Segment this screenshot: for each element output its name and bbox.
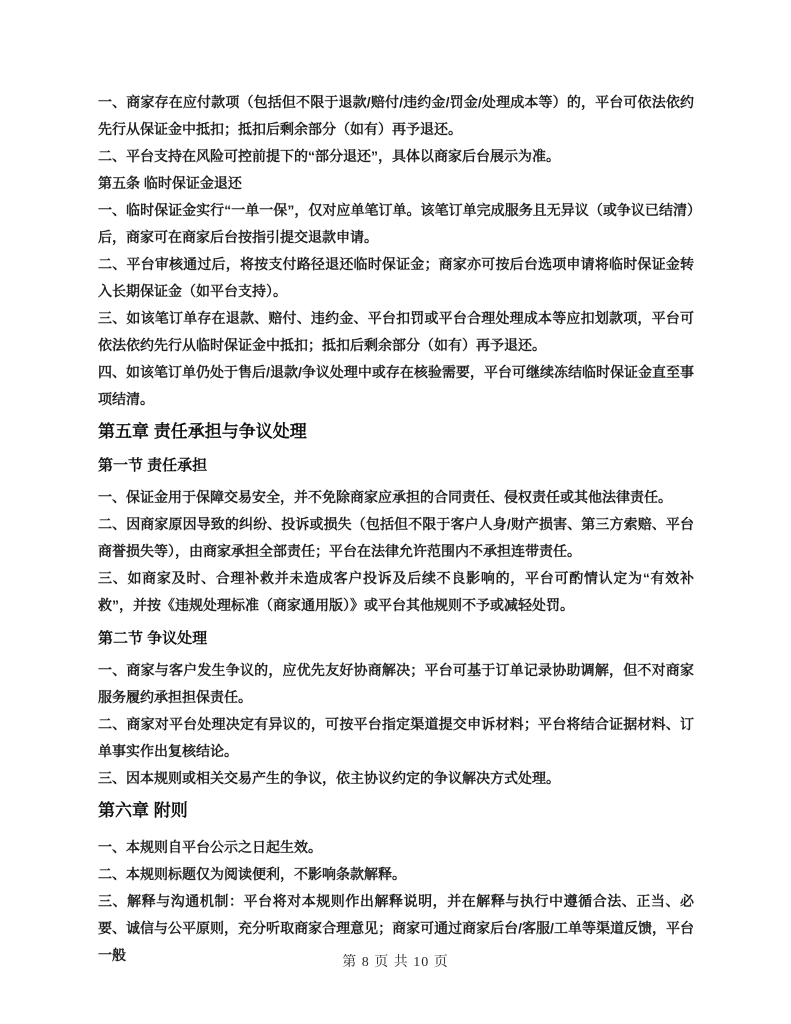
section-heading: 第一节 责任承担 bbox=[98, 455, 694, 477]
paragraph: 二、因商家原因导致的纠纷、投诉或损失（包括但不限于客户人身/财产损害、第三方索赔… bbox=[98, 511, 694, 565]
paragraph: 三、如商家及时、合理补救并未造成客户投诉及后续不良影响的，平台可酌情认定为“有效… bbox=[98, 565, 694, 619]
paragraph: 四、如该笔订单仍处于售后/退款/争议处理中或存在核验需要，平台可继续冻结临时保证… bbox=[98, 359, 694, 413]
document-content: 一、商家存在应付款项（包括但不限于退款/赔付/违约金/罚金/处理成本等）的，平台… bbox=[98, 89, 694, 969]
paragraph: 二、平台支持在风险可控前提下的“部分退还”，具体以商家后台展示为准。 bbox=[98, 143, 694, 170]
chapter-heading: 第六章 附则 bbox=[98, 798, 694, 824]
paragraph: 一、商家存在应付款项（包括但不限于退款/赔付/违约金/罚金/处理成本等）的，平台… bbox=[98, 89, 694, 143]
paragraph: 一、保证金用于保障交易安全，并不免除商家应承担的合同责任、侵权责任或其他法律责任… bbox=[98, 484, 694, 511]
article-heading: 第五条 临时保证金退还 bbox=[98, 170, 694, 197]
chapter-heading: 第五章 责任承担与争议处理 bbox=[98, 419, 694, 445]
section-heading: 第二节 争议处理 bbox=[98, 628, 694, 650]
paragraph: 一、商家与客户发生争议的，应优先友好协商解决；平台可基于订单记录协助调解，但不对… bbox=[98, 657, 694, 711]
document-page: 一、商家存在应付款项（包括但不限于退款/赔付/违约金/罚金/处理成本等）的，平台… bbox=[0, 0, 791, 1024]
page-number-footer: 第 8 页 共 10 页 bbox=[0, 951, 791, 971]
paragraph: 三、如该笔订单存在退款、赔付、违约金、平台扣罚或平台合理处理成本等应扣划款项，平… bbox=[98, 305, 694, 359]
paragraph: 一、本规则自平台公示之日起生效。 bbox=[98, 834, 694, 861]
paragraph: 二、商家对平台处理决定有异议的，可按平台指定渠道提交申诉材料；平台将结合证据材料… bbox=[98, 711, 694, 765]
paragraph: 三、因本规则或相关交易产生的争议，依主协议约定的争议解决方式处理。 bbox=[98, 765, 694, 792]
paragraph: 二、本规则标题仅为阅读便利，不影响条款解释。 bbox=[98, 861, 694, 888]
paragraph: 一、临时保证金实行“一单一保”，仅对应单笔订单。该笔订单完成服务且无异议（或争议… bbox=[98, 197, 694, 251]
paragraph: 二、平台审核通过后，将按支付路径退还临时保证金；商家亦可按后台选项申请将临时保证… bbox=[98, 251, 694, 305]
